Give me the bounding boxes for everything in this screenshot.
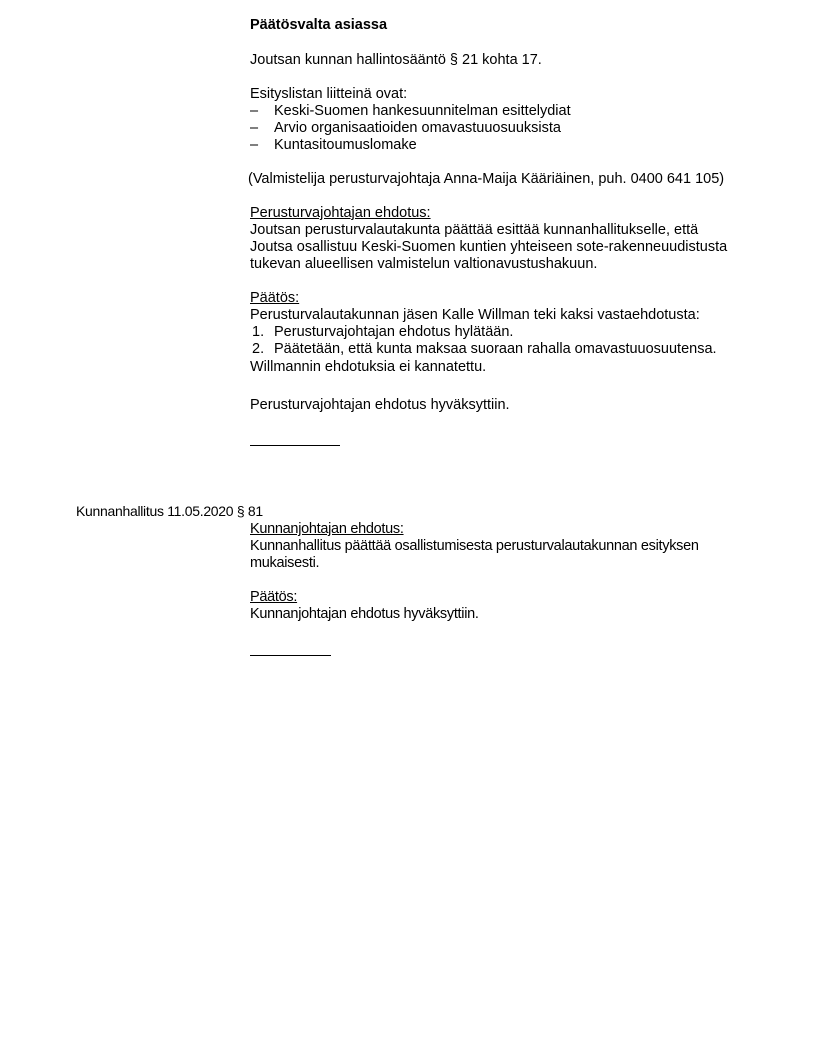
decision-result: Kunnanjohtajan ehdotus hyväksyttiin. (250, 606, 479, 623)
proposal-line: mukaisesti. (250, 555, 319, 572)
authority-text: Joutsan kunnan hallintosääntö § 21 kohta… (250, 52, 542, 69)
not-seconded-note: Willmannin ehdotuksia ei kannatettu. (250, 359, 486, 376)
meeting-reference: Kunnanhallitus 11.05.2020 § 81 (76, 503, 263, 520)
decision-label: Päätös: (250, 589, 297, 606)
attachment-text: Kuntasitoumuslomake (274, 137, 417, 154)
decision-result: Perusturvajohtajan ehdotus hyväksyttiin. (250, 397, 510, 414)
attachments-label: Esityslistan liitteinä ovat: (250, 86, 407, 103)
proposal-line: Joutsa osallistuu Keski-Suomen kuntien y… (250, 239, 727, 256)
dash-bullet: – (250, 137, 258, 154)
proposal-label: Perusturvajohtajan ehdotus: (250, 205, 431, 222)
section-end-rule (250, 655, 331, 656)
attachment-text: Arvio organisaatioiden omavastuuosuuksis… (274, 120, 561, 137)
preparer-note: (Valmistelija perusturvajohtaja Anna-Mai… (248, 171, 724, 188)
dash-bullet: – (250, 120, 258, 137)
dash-bullet: – (250, 103, 258, 120)
proposal-label: Kunnanjohtajan ehdotus: (250, 521, 404, 538)
proposal-line: Kunnanhallitus päättää osallistumisesta … (250, 538, 699, 555)
proposal-line: tukevan alueellisen valmistelun valtiona… (250, 256, 597, 273)
counter-proposal-text: Perusturvajohtajan ehdotus hylätään. (274, 324, 513, 341)
section-end-rule (250, 445, 340, 446)
counter-proposal-text: Päätetään, että kunta maksaa suoraan rah… (274, 341, 717, 358)
list-number: 1. (252, 324, 264, 341)
attachment-text: Keski-Suomen hankesuunnitelman esittelyd… (274, 103, 571, 120)
heading-decision-authority: Päätösvalta asiassa (250, 17, 387, 34)
decision-intro: Perusturvalautakunnan jäsen Kalle Willma… (250, 307, 700, 324)
decision-label: Päätös: (250, 290, 299, 307)
list-number: 2. (252, 341, 264, 358)
proposal-line: Joutsan perusturvalautakunta päättää esi… (250, 222, 698, 239)
